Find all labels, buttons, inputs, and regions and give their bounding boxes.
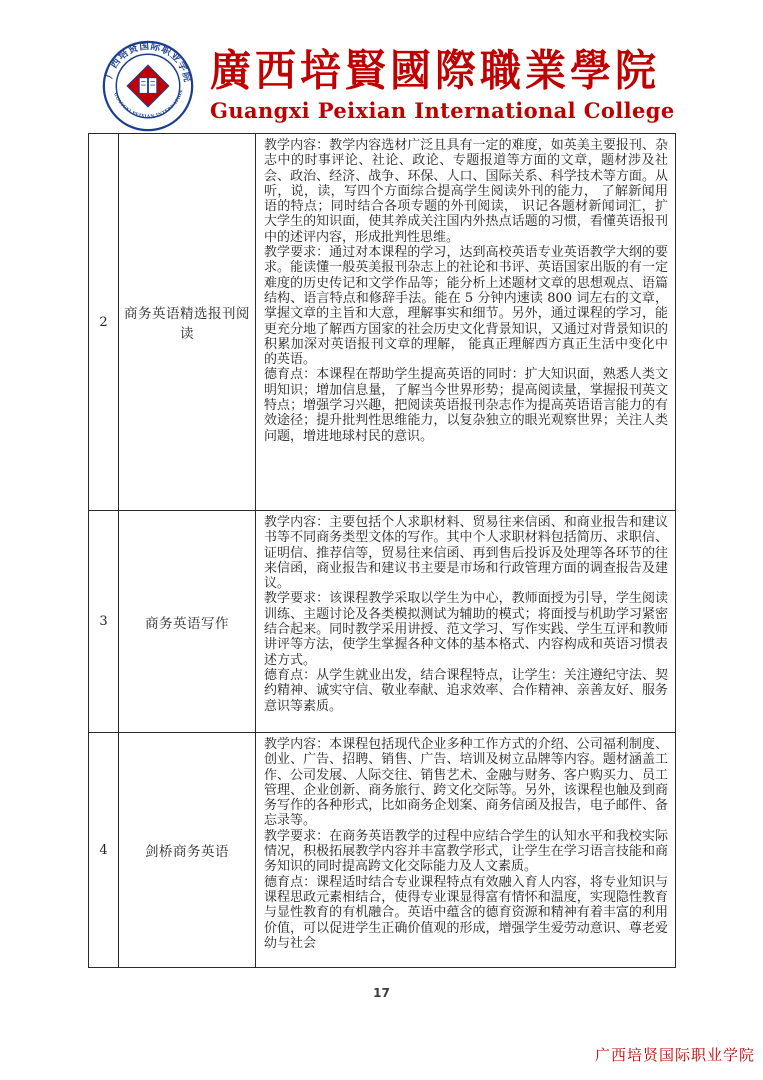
course-description: 教学内容：主要包括个人求职材料、贸易往来信函、和商业报告和建议书等不同商务类型文…	[256, 511, 676, 733]
footer-college-name: 广西培贤国际职业学院	[595, 1044, 755, 1065]
description-paragraph: 德育点：本课程在帮助学生提高英语的同时：扩大知识面，熟悉人类文明知识；增加信息量…	[264, 367, 668, 443]
course-description: 教学内容：教学内容选材广泛且具有一定的难度，如英美主要报刊、杂志中的时事评论、社…	[256, 134, 676, 511]
table-row: 3 商务英语写作 教学内容：主要包括个人求职材料、贸易往来信函、和商业报告和建议…	[89, 511, 676, 733]
description-paragraph: 德育点：从学生就业出发，结合课程特点，让学生：关注遵纪守法、契约精神、诚实守信、…	[264, 668, 668, 714]
table-row: 4 剑桥商务英语 教学内容：本课程包括现代企业多种工作方式的介绍、公司福利制度、…	[89, 733, 676, 968]
course-table-body: 2 商务英语精选报刊阅读 教学内容：教学内容选材广泛且具有一定的难度，如英美主要…	[89, 134, 676, 968]
row-number: 2	[89, 134, 119, 511]
description-paragraph: 教学要求：在商务英语教学的过程中应结合学生的认知水平和我校实际情况，积极拓展教学…	[264, 829, 668, 875]
course-name: 剑桥商务英语	[119, 733, 256, 968]
college-title-english: Guangxi Peixian International College	[210, 98, 675, 123]
college-titles: 廣西培賢國際職業學院 Guangxi Peixian International…	[210, 49, 675, 122]
description-paragraph: 教学内容：本课程包括现代企业多种工作方式的介绍、公司福利制度、创业、广告、招聘、…	[264, 737, 668, 829]
course-name: 商务英语写作	[119, 511, 256, 733]
course-name: 商务英语精选报刊阅读	[119, 134, 256, 511]
row-number: 3	[89, 511, 119, 733]
emblem-book-icon	[139, 78, 156, 94]
table-row: 2 商务英语精选报刊阅读 教学内容：教学内容选材广泛且具有一定的难度，如英美主要…	[89, 134, 676, 511]
description-paragraph: 教学要求：通过对本课程的学习，达到高校英语专业英语教学大纲的要求。能读懂一般英美…	[264, 245, 668, 367]
course-table: 2 商务英语精选报刊阅读 教学内容：教学内容选材广泛且具有一定的难度，如英美主要…	[88, 133, 676, 968]
course-description: 教学内容：本课程包括现代企业多种工作方式的介绍、公司福利制度、创业、广告、招聘、…	[256, 733, 676, 968]
page-number: 17	[0, 986, 763, 1000]
college-title-chinese: 廣西培賢國際職業學院	[210, 48, 675, 95]
description-paragraph: 教学内容：教学内容选材广泛且具有一定的难度，如英美主要报刊、杂志中的时事评论、社…	[264, 138, 668, 245]
college-emblem-icon: 广西培贤国际职业学院 GUANGXI PEIXIAN INTERNATIONAL…	[102, 40, 194, 132]
description-paragraph: 德育点：课程适时结合专业课程特点有效融入育人内容，将专业知识与课程思政元素相结合…	[264, 875, 668, 951]
page-header: 广西培贤国际职业学院 GUANGXI PEIXIAN INTERNATIONAL…	[102, 40, 703, 132]
description-paragraph: 教学内容：主要包括个人求职材料、贸易往来信函、和商业报告和建议书等不同商务类型文…	[264, 515, 668, 591]
description-paragraph: 教学要求：该课程教学采取以学生为中心，教师面授为引导，学生阅读训练、主题讨论及各…	[264, 591, 668, 667]
row-number: 4	[89, 733, 119, 968]
document-page: { "header": { "title_cn": "廣西培賢國際職業學院", …	[0, 0, 763, 1080]
